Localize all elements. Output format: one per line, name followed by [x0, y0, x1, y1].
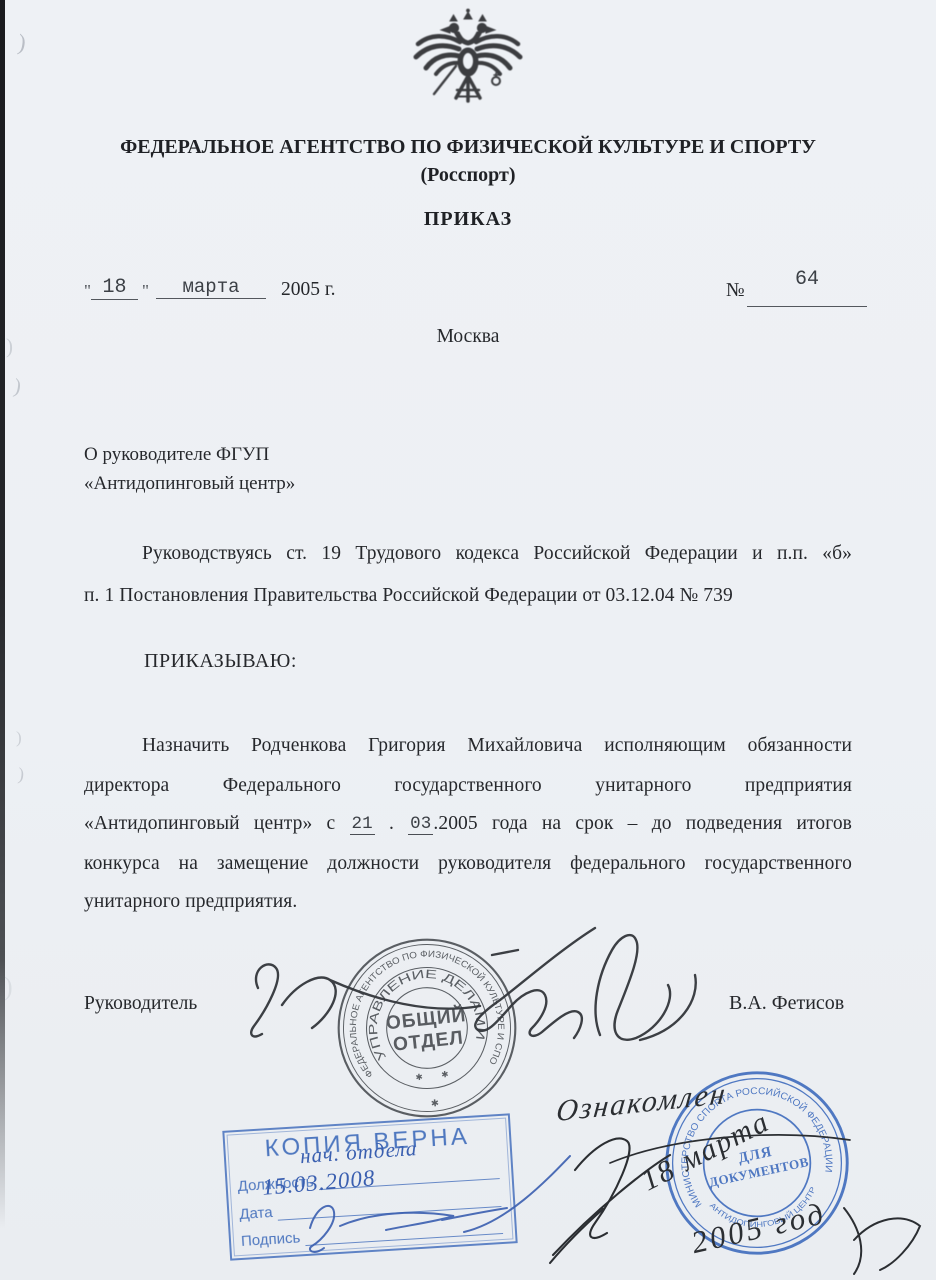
stamp-star-left: ✱: [415, 1072, 423, 1083]
scan-artifact-mark: ): [17, 764, 25, 786]
stamp-star-right: ✱: [441, 1069, 449, 1080]
body-line-3-text: «Антидопинговый центр» с: [84, 813, 350, 834]
number-value: 64: [747, 268, 867, 307]
order-keyword: ПРИКАЗЫВАЮ:: [144, 650, 297, 673]
scan-artifact-mark: ): [4, 972, 13, 1002]
agency-short-name: (Росспорт): [0, 164, 936, 187]
year-label: 2005 г.: [281, 279, 336, 301]
body-line-2: директора Федерального государственного …: [84, 775, 852, 797]
scanned-order-page: ) ) ) ) ) ) ФЕДЕР: [0, 0, 936, 1280]
number-sign: №: [726, 280, 745, 302]
appointment-month: 03: [408, 814, 433, 835]
day-quote-open: ": [84, 281, 91, 301]
scan-artifact-mark: ): [16, 728, 22, 748]
fetisov-signature: [235, 905, 715, 1060]
date-field-label: Дата: [239, 1204, 273, 1223]
agency-name: ФЕДЕРАЛЬНОЕ АГЕНТСТВО ПО ФИЗИЧЕСКОЙ КУЛЬ…: [0, 136, 936, 159]
scan-edge-shadow: [0, 0, 5, 1280]
signatory-name: В.А. Фетисов: [729, 992, 844, 1015]
body-line-1: Назначить Родченкова Григория Михайлович…: [142, 735, 852, 757]
scan-artifact-mark: ): [16, 30, 27, 57]
subject-line-1: О руководителе ФГУП: [84, 444, 269, 466]
body-line-4: конкурса на замещение должности руководи…: [84, 853, 852, 875]
date-separator: .: [375, 813, 408, 834]
preamble-line-1: Руководствуясь ст. 19 Трудового кодекса …: [142, 543, 852, 565]
day-quote-close: ": [142, 281, 149, 301]
appointment-day: 21: [350, 814, 375, 835]
scan-artifact-mark: ): [12, 374, 23, 400]
day-value: 18: [91, 276, 138, 300]
stamp-star-bottom: ✱: [430, 1098, 439, 1110]
month-value: марта: [156, 276, 266, 299]
subject-line-2: «Антидопинговый центр»: [84, 473, 295, 495]
body-line-3: «Антидопинговый центр» с 21 . 03.2005 го…: [84, 813, 852, 835]
date-flourish: [832, 1190, 932, 1280]
body-line-3-tail: .2005 года на срок – до подведения итого…: [433, 813, 852, 834]
signatory-title: Руководитель: [84, 993, 197, 1015]
city-name: Москва: [0, 326, 936, 348]
certifier-signature: [292, 1140, 582, 1250]
coat-of-arms-emblem: [404, 8, 532, 108]
preamble-line-2: п. 1 Постановления Правительства Российс…: [84, 585, 852, 607]
document-type-title: ПРИКАЗ: [0, 208, 936, 231]
